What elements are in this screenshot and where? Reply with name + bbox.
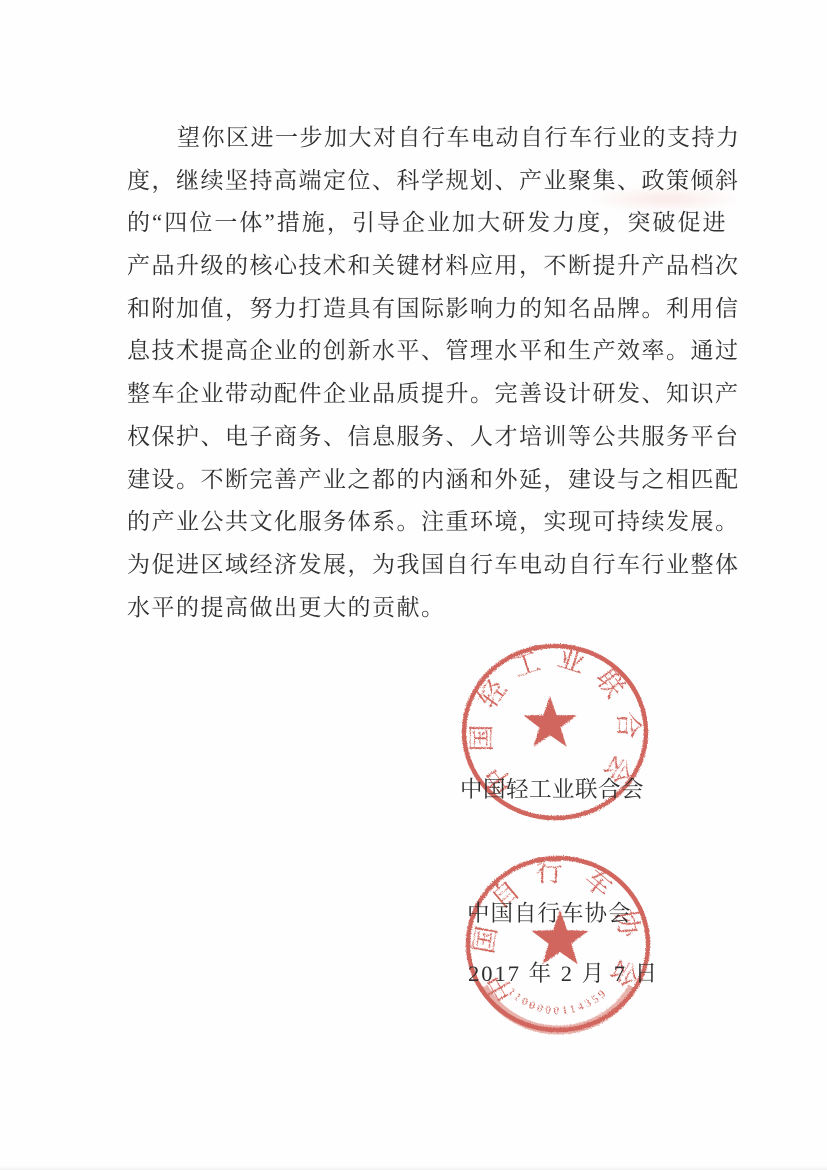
red-seal-stamp-bicycle-association-icon: 中国自行车协会 1100000114359 [458, 844, 658, 1044]
body-line: 为促进区域经济发展，为我国自行车电动自行车行业整体 [127, 544, 727, 587]
signature-org-light-industry-council: 中国轻工业联合会 [460, 776, 644, 804]
body-line: 产品升级的核心技术和关键材料应用，不断提升产品档次 [127, 245, 727, 288]
signature-org-bicycle-association: 中国自行车协会 [467, 900, 632, 928]
body-line: 整车企业带动配件企业品质提升。完善设计研发、知识产 [127, 373, 727, 416]
svg-text:1100000114359: 1100000114359 [505, 986, 610, 1017]
seal-serial-code: 1100000114359 [505, 986, 610, 1017]
body-line: 和附加值，努力打造具有国际影响力的知名品牌。利用信 [127, 288, 727, 331]
signature-date: 2017 年 2 月 7 日 [468, 960, 659, 988]
body-line: 的产业公共文化服务体系。注重环境，实现可持续发展。 [127, 501, 727, 544]
letter-body-paragraph: 望你区进一步加大对自行车电动自行车行业的支持力 度，继续坚持高端定位、科学规划、… [127, 117, 727, 629]
body-line: 建设。不断完善产业之都的内涵和外延，建设与之相匹配 [127, 459, 727, 502]
body-line: 的“四位一体”措施，引导企业加大研发力度，突破促进 [127, 202, 727, 245]
body-line: 息技术提高企业的创新水平、管理水平和生产效率。通过 [127, 330, 727, 373]
body-line: 度，继续坚持高端定位、科学规划、产业聚集、政策倾斜 [127, 160, 727, 203]
body-line: 权保护、电子商务、信息服务、人才培训等公共服务平台 [127, 416, 727, 459]
scan-edge-shadow [0, 1166, 827, 1170]
body-line: 水平的提高做出更大的贡献。 [127, 587, 727, 630]
seal-star-icon [523, 696, 576, 747]
scanned-letter-page: 望你区进一步加大对自行车电动自行车行业的支持力 度，继续坚持高端定位、科学规划、… [0, 0, 827, 1170]
body-line: 望你区进一步加大对自行车电动自行车行业的支持力 [127, 117, 727, 160]
